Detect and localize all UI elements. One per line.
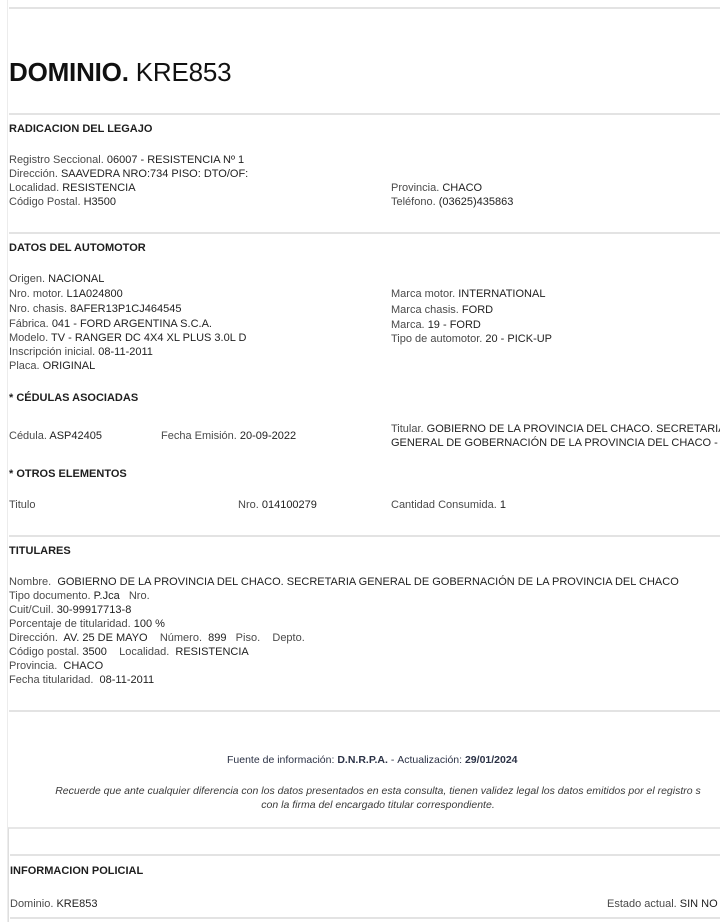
automotor-right: Marca motor. INTERNATIONAL Marca chasis.… bbox=[391, 287, 552, 346]
automotor-left: Origen. NACIONAL Nro. motor. L1A024800 N… bbox=[9, 272, 246, 373]
field-porcentaje: Porcentaje de titularidad. 100 % bbox=[9, 617, 679, 631]
title-label: DOMINIO. bbox=[9, 57, 129, 87]
section-title-policial: INFORMACION POLICIAL bbox=[10, 865, 143, 877]
radicacion-right: Provincia. CHACO Teléfono. (03625)435863 bbox=[391, 181, 513, 209]
field-marca-motor: Marca motor. INTERNATIONAL bbox=[391, 287, 552, 303]
field-nombre: Nombre. GOBIERNO DE LA PROVINCIA DEL CHA… bbox=[9, 575, 679, 589]
field-codigo-postal: Código Postal. H3500 bbox=[9, 195, 248, 209]
field-provincia: Provincia. CHACO bbox=[391, 181, 513, 195]
field-cedula: Cédula. ASP42405 bbox=[9, 429, 102, 443]
field-inscripcion: Inscripción inicial. 08-11-2011 bbox=[9, 345, 246, 359]
divider bbox=[9, 113, 720, 115]
field-provincia-titular: Provincia. CHACO bbox=[9, 659, 679, 673]
field-telefono: Teléfono. (03625)435863 bbox=[391, 195, 513, 209]
divider bbox=[10, 917, 720, 919]
report-page: DOMINIO. KRE853 RADICACION DEL LEGAJO Re… bbox=[7, 0, 720, 922]
field-modelo: Modelo. TV - RANGER DC 4X4 XL PLUS 3.0L … bbox=[9, 331, 246, 345]
field-localidad: Localidad. RESISTENCIA bbox=[9, 181, 248, 195]
field-tipo-automotor: Tipo de automotor. 20 - PICK-UP bbox=[391, 332, 552, 346]
field-codigo-postal-titular: Código postal. 3500 Localidad. RESISTENC… bbox=[9, 645, 679, 659]
field-fabrica: Fábrica. 041 - FORD ARGENTINA S.C.A. bbox=[9, 317, 246, 331]
titulares-block: Nombre. GOBIERNO DE LA PROVINCIA DEL CHA… bbox=[9, 575, 679, 687]
divider bbox=[9, 232, 720, 234]
divider bbox=[9, 710, 720, 712]
field-estado-actual: Estado actual. SIN NO bbox=[607, 897, 718, 911]
field-cedula-titular: Titular. GOBIERNO DE LA PROVINCIA DEL CH… bbox=[391, 422, 720, 450]
field-nro-motor: Nro. motor. L1A024800 bbox=[9, 287, 246, 302]
field-fecha-emision: Fecha Emisión. 20-09-2022 bbox=[161, 429, 296, 443]
field-dominio-policial: Dominio. KRE853 bbox=[10, 897, 97, 911]
field-direccion: Dirección. SAAVEDRA NRO:734 PISO: DTO/OF… bbox=[9, 167, 248, 181]
field-fecha-titularidad: Fecha titularidad. 08-11-2011 bbox=[9, 673, 679, 687]
field-direccion-titular: Dirección. AV. 25 DE MAYO Número. 899 Pi… bbox=[9, 631, 679, 645]
field-placa: Placa. ORIGINAL bbox=[9, 359, 246, 373]
field-marca-chasis: Marca chasis. FORD bbox=[391, 303, 552, 318]
field-nro-chasis: Nro. chasis. 8AFER13P1CJ464545 bbox=[9, 302, 246, 317]
field-origen: Origen. NACIONAL bbox=[9, 272, 246, 287]
police-info-panel: INFORMACION POLICIAL Dominio. KRE853 Est… bbox=[8, 827, 720, 922]
source-info: Fuente de información: D.N.R.P.A. - Actu… bbox=[227, 754, 518, 766]
section-title-cedulas: * CÉDULAS ASOCIADAS bbox=[9, 392, 138, 404]
field-nro-elemento: Nro. 014100279 bbox=[238, 498, 317, 512]
radicacion-left: Registro Seccional. 06007 - RESISTENCIA … bbox=[9, 153, 248, 209]
page-title: DOMINIO. KRE853 bbox=[9, 57, 231, 88]
field-registro: Registro Seccional. 06007 - RESISTENCIA … bbox=[9, 153, 248, 167]
field-tipo-elemento: Titulo bbox=[9, 498, 36, 512]
section-title-radicacion: RADICACION DEL LEGAJO bbox=[9, 123, 152, 135]
field-cantidad-consumida: Cantidad Consumida. 1 bbox=[391, 498, 506, 512]
dominio-value: KRE853 bbox=[136, 57, 232, 87]
divider bbox=[9, 535, 720, 537]
section-title-automotor: DATOS DEL AUTOMOTOR bbox=[9, 242, 146, 254]
section-title-otros: * OTROS ELEMENTOS bbox=[9, 468, 127, 480]
section-title-titulares: TITULARES bbox=[9, 545, 71, 557]
legal-note: Recuerde que ante cualquier diferencia c… bbox=[8, 784, 720, 812]
divider bbox=[9, 7, 720, 9]
field-marca: Marca. 19 - FORD bbox=[391, 318, 552, 332]
field-cuit: Cuit/Cuil. 30-99917713-8 bbox=[9, 603, 679, 617]
divider bbox=[10, 854, 720, 856]
field-tipo-documento: Tipo documento. P.Jca Nro. bbox=[9, 589, 679, 603]
